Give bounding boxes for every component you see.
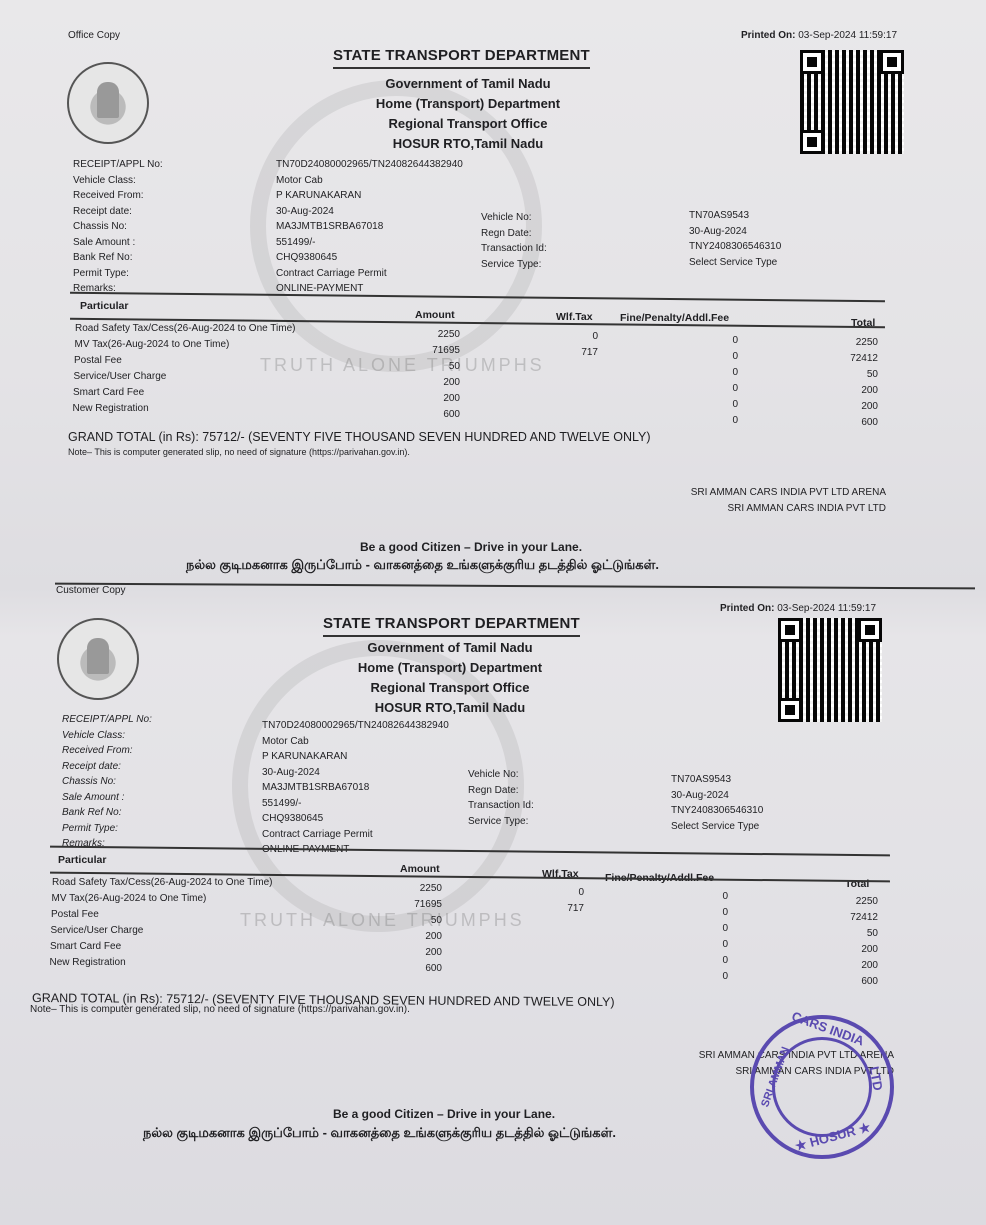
department-title: STATE TRANSPORT DEPARTMENT bbox=[323, 615, 580, 637]
row-wlf-tax: 0 bbox=[538, 331, 598, 342]
row-amount: 71695 bbox=[400, 345, 460, 356]
row-fine: 0 bbox=[668, 891, 728, 902]
row-fine: 0 bbox=[668, 939, 728, 950]
office-copy: Office Copy TRUTH ALONE TRIUMPHS STATE T… bbox=[0, 0, 986, 590]
left-field-labels: RECEIPT/APPL No: Vehicle Class: Received… bbox=[62, 712, 152, 852]
row-total: 50 bbox=[818, 369, 878, 380]
qr-code-icon bbox=[778, 618, 882, 722]
tn-emblem-icon bbox=[67, 62, 149, 144]
customer-copy: Customer Copy TRUTH ALONE TRIUMPHS STATE… bbox=[0, 580, 986, 1225]
note-text: Note– This is computer generated slip, n… bbox=[68, 447, 410, 457]
row-total: 2250 bbox=[818, 337, 878, 348]
row-fine: 0 bbox=[668, 955, 728, 966]
row-total: 200 bbox=[818, 960, 878, 971]
row-amount: 50 bbox=[382, 915, 442, 926]
row-fine: 0 bbox=[678, 399, 738, 410]
right-field-values: TN70AS9543 30-Aug-2024 TNY2408306546310 … bbox=[671, 772, 763, 834]
row-wlf-tax: 717 bbox=[538, 347, 598, 358]
row-particular: MV Tax(26-Aug-2024 to One Time) bbox=[52, 893, 207, 904]
row-fine: 0 bbox=[678, 367, 738, 378]
row-particular: Smart Card Fee bbox=[50, 941, 121, 952]
row-total: 600 bbox=[818, 976, 878, 987]
row-total: 72412 bbox=[818, 353, 878, 364]
header-line: HOSUR RTO,Tamil Nadu bbox=[338, 134, 598, 154]
row-fine: 0 bbox=[678, 383, 738, 394]
col-wlf-tax: Wlf.Tax bbox=[556, 311, 593, 323]
left-field-values: TN70D24080002965/TN24082644382940 Motor … bbox=[262, 718, 449, 858]
dealer-stamp: CARS INDIA SRI AMMAN LTD ★ HOSUR ★ bbox=[750, 1015, 894, 1159]
col-amount: Amount bbox=[415, 309, 455, 321]
copy-label: Customer Copy bbox=[56, 585, 125, 596]
header-line: Home (Transport) Department bbox=[320, 658, 580, 678]
header-line: Regional Transport Office bbox=[338, 114, 598, 134]
note-text: Note– This is computer generated slip, n… bbox=[30, 1004, 410, 1015]
row-wlf-tax: 717 bbox=[524, 903, 584, 914]
col-particular: Particular bbox=[58, 854, 106, 866]
dealer-name: SRI AMMAN CARS INDIA PVT LTD ARENA SRI A… bbox=[691, 485, 886, 517]
header-line: Home (Transport) Department bbox=[338, 94, 598, 114]
row-total: 200 bbox=[818, 401, 878, 412]
row-amount: 200 bbox=[400, 393, 460, 404]
row-total: 600 bbox=[818, 417, 878, 428]
header-lines: Government of Tamil Nadu Home (Transport… bbox=[320, 638, 580, 718]
row-particular: MV Tax(26-Aug-2024 to One Time) bbox=[75, 339, 230, 350]
row-amount: 2250 bbox=[382, 883, 442, 894]
row-total: 72412 bbox=[818, 912, 878, 923]
row-total: 2250 bbox=[818, 896, 878, 907]
row-total: 50 bbox=[818, 928, 878, 939]
row-fine: 0 bbox=[668, 907, 728, 918]
header-line: HOSUR RTO,Tamil Nadu bbox=[320, 698, 580, 718]
row-amount: 2250 bbox=[400, 329, 460, 340]
row-total: 200 bbox=[818, 944, 878, 955]
row-amount: 200 bbox=[382, 931, 442, 942]
row-particular: New Registration bbox=[73, 403, 149, 414]
header-line: Regional Transport Office bbox=[320, 678, 580, 698]
slogan-english: Be a good Citizen – Drive in your Lane. bbox=[333, 1107, 555, 1121]
row-amount: 200 bbox=[382, 947, 442, 958]
header-line: Government of Tamil Nadu bbox=[338, 74, 598, 94]
left-field-values: TN70D24080002965/TN24082644382940 Motor … bbox=[276, 157, 463, 297]
slogan-tamil: நல்ல குடிமகனாக இருப்போம் - வாகனத்தை உங்க… bbox=[186, 557, 659, 574]
tn-emblem-icon bbox=[57, 618, 139, 700]
row-particular: Service/User Charge bbox=[74, 371, 167, 382]
slogan-english: Be a good Citizen – Drive in your Lane. bbox=[360, 540, 582, 554]
row-amount: 71695 bbox=[382, 899, 442, 910]
row-amount: 50 bbox=[400, 361, 460, 372]
row-amount: 600 bbox=[400, 409, 460, 420]
department-title: STATE TRANSPORT DEPARTMENT bbox=[333, 47, 590, 69]
right-field-labels: Vehicle No: Regn Date: Transaction Id: S… bbox=[468, 767, 534, 829]
col-particular: Particular bbox=[80, 300, 128, 312]
row-particular: Postal Fee bbox=[51, 909, 99, 920]
row-wlf-tax: 0 bbox=[524, 887, 584, 898]
row-fine: 0 bbox=[668, 971, 728, 982]
printed-on: Printed On: 03-Sep-2024 11:59:17 bbox=[741, 30, 897, 41]
row-fine: 0 bbox=[678, 335, 738, 346]
header-line: Government of Tamil Nadu bbox=[320, 638, 580, 658]
header-lines: Government of Tamil Nadu Home (Transport… bbox=[338, 74, 598, 154]
left-field-labels: RECEIPT/APPL No: Vehicle Class: Received… bbox=[73, 157, 163, 297]
qr-code-icon bbox=[800, 50, 904, 154]
row-particular: Postal Fee bbox=[74, 355, 122, 366]
row-fine: 0 bbox=[678, 351, 738, 362]
copy-label: Office Copy bbox=[68, 30, 120, 41]
col-amount: Amount bbox=[400, 863, 440, 875]
row-particular: New Registration bbox=[50, 957, 126, 968]
row-particular: Road Safety Tax/Cess(26-Aug-2024 to One … bbox=[75, 323, 295, 334]
row-fine: 0 bbox=[668, 923, 728, 934]
right-field-values: TN70AS9543 30-Aug-2024 TNY2408306546310 … bbox=[689, 208, 781, 270]
row-fine: 0 bbox=[678, 415, 738, 426]
right-field-labels: Vehicle No: Regn Date: Transaction Id: S… bbox=[481, 210, 547, 272]
row-particular: Smart Card Fee bbox=[73, 387, 144, 398]
row-total: 200 bbox=[818, 385, 878, 396]
row-particular: Service/User Charge bbox=[51, 925, 144, 936]
row-particular: Road Safety Tax/Cess(26-Aug-2024 to One … bbox=[52, 877, 272, 888]
grand-total: GRAND TOTAL (in Rs): 75712/- (SEVENTY FI… bbox=[68, 430, 651, 444]
col-fine: Fine/Penalty/Addl.Fee bbox=[620, 312, 729, 324]
printed-on: Printed On: 03-Sep-2024 11:59:17 bbox=[720, 603, 876, 614]
slogan-tamil: நல்ல குடிமகனாக இருப்போம் - வாகனத்தை உங்க… bbox=[143, 1125, 616, 1142]
row-amount: 200 bbox=[400, 377, 460, 388]
row-amount: 600 bbox=[382, 963, 442, 974]
